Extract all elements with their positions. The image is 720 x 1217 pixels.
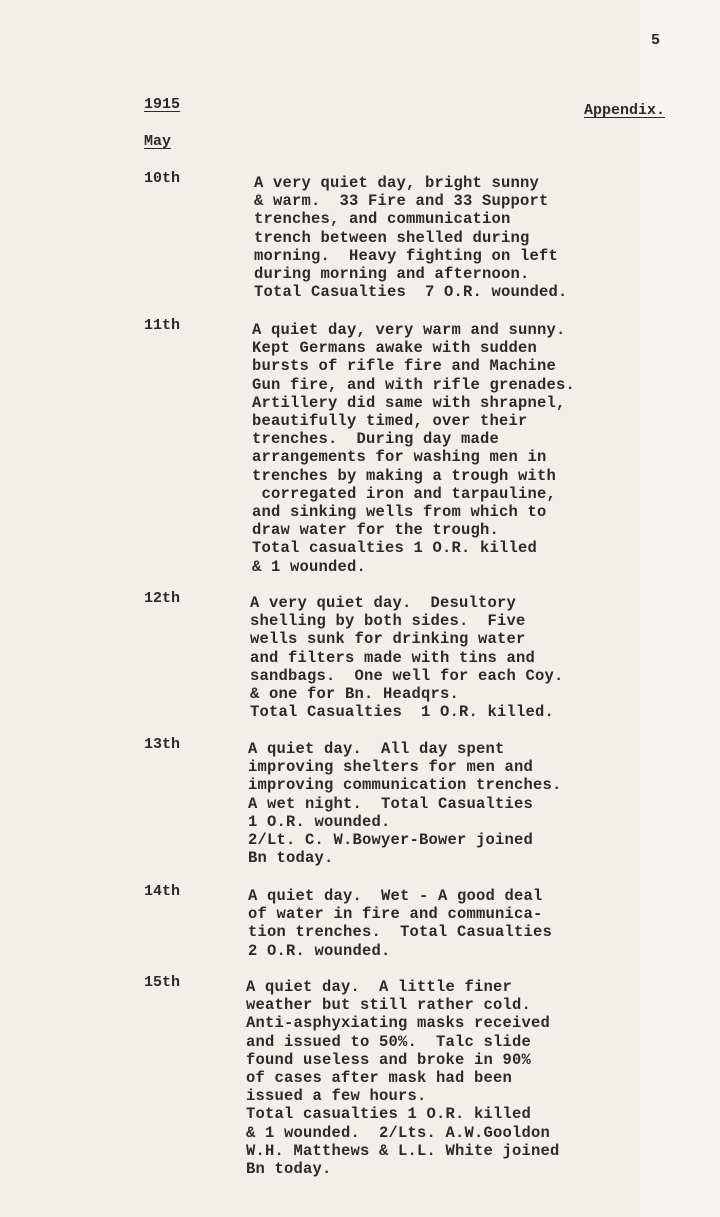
entry-text: A quiet day, very warm and sunny. Kept G… [252, 321, 575, 576]
entry-text: A quiet day. A little finer weather but … [246, 978, 560, 1178]
entry-date: 10th [144, 170, 180, 187]
entry-date: 11th [144, 317, 180, 334]
entry-date: 14th [144, 883, 180, 900]
section-title: Appendix. [584, 102, 665, 119]
entry-text: A very quiet day. Desultory shelling by … [250, 594, 564, 721]
entry-date: 13th [144, 736, 180, 753]
page-number: 5 [651, 32, 660, 49]
entry-text: A very quiet day, bright sunny & warm. 3… [254, 174, 568, 301]
month-heading: May [144, 133, 171, 150]
entry-date: 12th [144, 590, 180, 607]
entry-text: A quiet day. All day spent improving she… [248, 740, 562, 867]
year-heading: 1915 [144, 96, 180, 113]
entry-date: 15th [144, 974, 180, 991]
page-edge [640, 0, 720, 1217]
entry-text: A quiet day. Wet - A good deal of water … [248, 887, 552, 960]
